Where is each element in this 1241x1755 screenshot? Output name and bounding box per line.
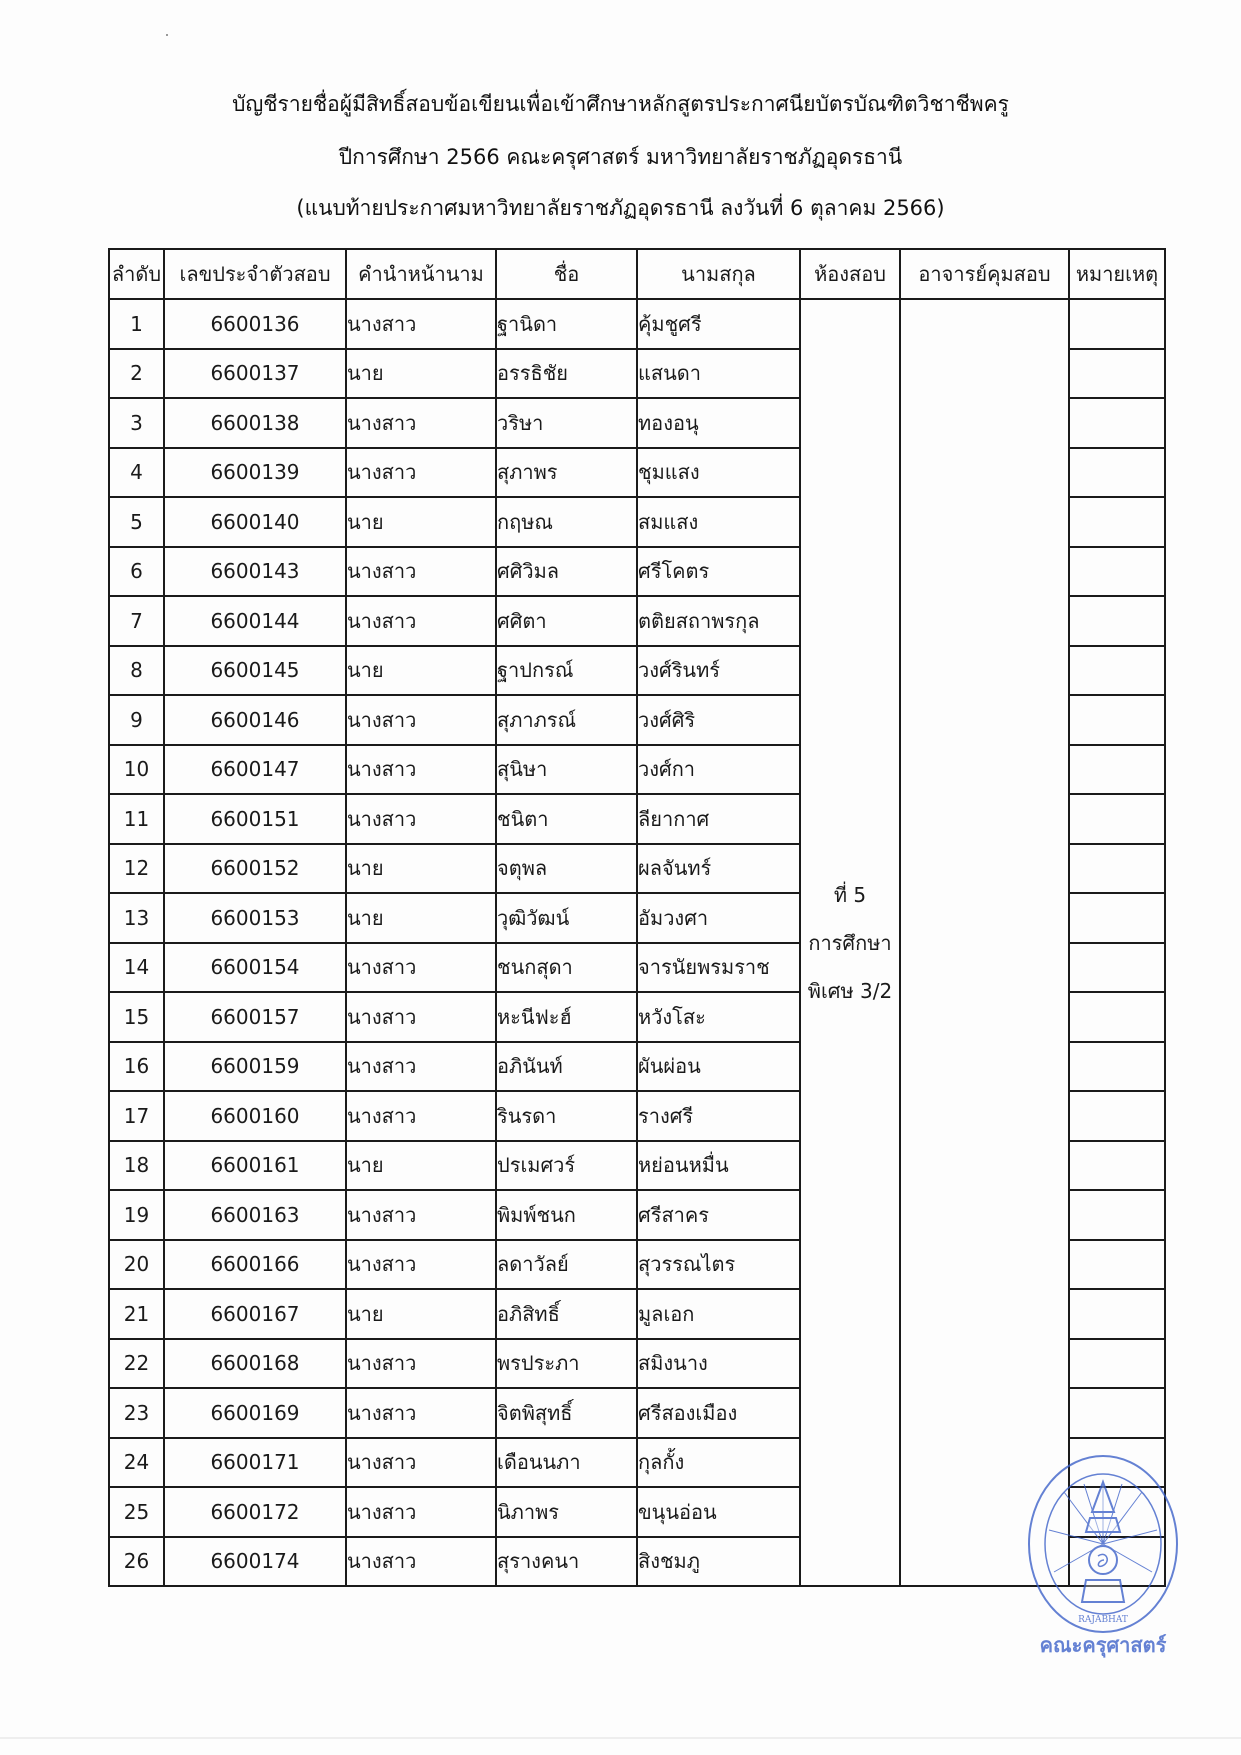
remark-box [1070, 747, 1162, 792]
cell-exam-id: 6600160 [164, 1091, 346, 1141]
cell-no: 3 [109, 398, 164, 448]
cell-no: 2 [109, 349, 164, 399]
cell-exam-id: 6600163 [164, 1190, 346, 1240]
cell-proctor [900, 299, 1069, 1586]
cell-last-name: สมแสง [637, 497, 800, 547]
header-exam-id: เลขประจำตัวสอบ [164, 249, 346, 299]
cell-prefix: นางสาว [346, 1487, 496, 1537]
remark-box [1070, 796, 1162, 841]
cell-remark [1069, 1091, 1165, 1141]
cell-last-name: หย่อนหมื่น [637, 1141, 800, 1191]
cell-first-name: วริษา [496, 398, 637, 448]
cell-no: 17 [109, 1091, 164, 1141]
document-title: บัญชีรายชื่อผู้มีสิทธิ์สอบข้อเขียนเพื่อเ… [0, 88, 1241, 121]
remark-box [1070, 1242, 1162, 1287]
document-page: บัญชีรายชื่อผู้มีสิทธิ์สอบข้อเขียนเพื่อเ… [0, 0, 1241, 1755]
cell-first-name: สุรางคนา [496, 1537, 637, 1587]
cell-prefix: นางสาว [346, 1042, 496, 1092]
remark-box [1070, 549, 1162, 594]
remark-box [1070, 1192, 1162, 1237]
header-room: ห้องสอบ [800, 249, 900, 299]
cell-no: 16 [109, 1042, 164, 1092]
cell-last-name: สมิงนาง [637, 1339, 800, 1389]
cell-prefix: นางสาว [346, 448, 496, 498]
cell-exam-id: 6600161 [164, 1141, 346, 1191]
header-remark: หมายเหตุ [1069, 249, 1165, 299]
cell-no: 4 [109, 448, 164, 498]
cell-remark [1069, 1190, 1165, 1240]
cell-first-name: ชนกสุดา [496, 943, 637, 993]
cell-last-name: วงศ์ศิริ [637, 695, 800, 745]
cell-first-name: สุภาภรณ์ [496, 695, 637, 745]
remark-box [1070, 598, 1162, 643]
cell-exam-id: 6600138 [164, 398, 346, 448]
cell-remark [1069, 1042, 1165, 1092]
cell-prefix: นาย [346, 646, 496, 696]
cell-exam-id: 6600143 [164, 547, 346, 597]
cell-exam-id: 6600153 [164, 893, 346, 943]
svg-text:คณะครุศาสตร์: คณะครุศาสตร์ [1040, 1633, 1167, 1658]
cell-prefix: นางสาว [346, 1388, 496, 1438]
exam-room-line2: การศึกษา [801, 919, 899, 967]
cell-last-name: จารนัยพรมราช [637, 943, 800, 993]
cell-remark [1069, 1339, 1165, 1389]
header-last-name: นามสกุล [637, 249, 800, 299]
remark-box [1070, 697, 1162, 742]
cell-first-name: หะนีฟะฮ์ [496, 992, 637, 1042]
cell-last-name: อัมวงศา [637, 893, 800, 943]
cell-exam-id: 6600171 [164, 1438, 346, 1488]
cell-remark [1069, 1240, 1165, 1290]
cell-prefix: นางสาว [346, 745, 496, 795]
remark-box [1070, 1489, 1162, 1534]
cell-first-name: ฐาปกรณ์ [496, 646, 637, 696]
cell-first-name: อรรธิชัย [496, 349, 637, 399]
cell-first-name: จตุพล [496, 844, 637, 894]
header-first-name: ชื่อ [496, 249, 637, 299]
cell-exam-id: 6600147 [164, 745, 346, 795]
cell-last-name: ชุมแสง [637, 448, 800, 498]
cell-remark [1069, 745, 1165, 795]
cell-exam-id: 6600168 [164, 1339, 346, 1389]
remark-box [1070, 301, 1162, 346]
cell-prefix: นางสาว [346, 299, 496, 349]
cell-exam-id: 6600146 [164, 695, 346, 745]
cell-exam-id: 6600166 [164, 1240, 346, 1290]
cell-exam-id: 6600145 [164, 646, 346, 696]
cell-prefix: นาย [346, 1141, 496, 1191]
table-row: 16600136นางสาวฐานิดาคุ้มชูศรีที่ 5การศึก… [109, 299, 1165, 349]
cell-exam-id: 6600136 [164, 299, 346, 349]
cell-last-name: ขนุนอ่อน [637, 1487, 800, 1537]
cell-no: 9 [109, 695, 164, 745]
cell-no: 19 [109, 1190, 164, 1240]
cell-first-name: ชนิตา [496, 794, 637, 844]
cell-first-name: ศศิวิมล [496, 547, 637, 597]
cell-no: 8 [109, 646, 164, 696]
document-subtitle: ปีการศึกษา 2566 คณะครุศาสตร์ มหาวิทยาลัย… [0, 141, 1241, 174]
remark-box [1070, 895, 1162, 940]
cell-prefix: นางสาว [346, 1240, 496, 1290]
cell-no: 20 [109, 1240, 164, 1290]
cell-prefix: นางสาว [346, 1339, 496, 1389]
table-body: 16600136นางสาวฐานิดาคุ้มชูศรีที่ 5การศึก… [109, 299, 1165, 1586]
cell-last-name: ศรีสองเมือง [637, 1388, 800, 1438]
cell-prefix: นาย [346, 497, 496, 547]
cell-remark [1069, 398, 1165, 448]
cell-no: 22 [109, 1339, 164, 1389]
cell-no: 5 [109, 497, 164, 547]
cell-exam-id: 6600157 [164, 992, 346, 1042]
cell-no: 15 [109, 992, 164, 1042]
cell-last-name: สิงชมภู [637, 1537, 800, 1587]
cell-first-name: สุภาพร [496, 448, 637, 498]
cell-remark [1069, 1438, 1165, 1488]
cell-prefix: นาย [346, 349, 496, 399]
cell-remark [1069, 794, 1165, 844]
cell-no: 14 [109, 943, 164, 993]
cell-prefix: นางสาว [346, 794, 496, 844]
cell-no: 26 [109, 1537, 164, 1587]
cell-last-name: กุลกั้ง [637, 1438, 800, 1488]
cell-no: 11 [109, 794, 164, 844]
cell-exam-id: 6600172 [164, 1487, 346, 1537]
cell-no: 25 [109, 1487, 164, 1537]
cell-first-name: พิมพ์ชนก [496, 1190, 637, 1240]
page-bottom-edge [0, 1737, 1241, 1739]
cell-remark [1069, 547, 1165, 597]
cell-remark [1069, 943, 1165, 993]
cell-remark [1069, 893, 1165, 943]
cell-prefix: นางสาว [346, 398, 496, 448]
cell-first-name: พรประภา [496, 1339, 637, 1389]
cell-no: 6 [109, 547, 164, 597]
cell-exam-room: ที่ 5การศึกษาพิเศษ 3/2 [800, 299, 900, 1586]
cell-first-name: สุนิษา [496, 745, 637, 795]
header-prefix: คำนำหน้านาม [346, 249, 496, 299]
cell-no: 10 [109, 745, 164, 795]
cell-last-name: ตติยสถาพรกุล [637, 596, 800, 646]
cell-first-name: รินรดา [496, 1091, 637, 1141]
remark-box [1070, 1341, 1162, 1386]
cell-prefix: นางสาว [346, 992, 496, 1042]
cell-remark [1069, 646, 1165, 696]
cell-exam-id: 6600152 [164, 844, 346, 894]
cell-exam-id: 6600169 [164, 1388, 346, 1438]
cell-first-name: จิตพิสุทธิ์ [496, 1388, 637, 1438]
cell-exam-id: 6600144 [164, 596, 346, 646]
cell-last-name: วงศ์รินทร์ [637, 646, 800, 696]
cell-prefix: นาย [346, 893, 496, 943]
cell-first-name: ลดาวัลย์ [496, 1240, 637, 1290]
cell-prefix: นางสาว [346, 1537, 496, 1587]
cell-last-name: ทองอนุ [637, 398, 800, 448]
header-no: ลำดับ [109, 249, 164, 299]
svg-text:RAJABHAT: RAJABHAT [1078, 1615, 1128, 1625]
cell-prefix: นาย [346, 844, 496, 894]
cell-last-name: ลียากาศ [637, 794, 800, 844]
header-proctor: อาจารย์คุมสอบ [900, 249, 1069, 299]
cell-first-name: กฤษณ [496, 497, 637, 547]
remark-box [1070, 450, 1162, 495]
remark-box [1070, 1390, 1162, 1435]
cell-prefix: นางสาว [346, 596, 496, 646]
cell-exam-id: 6600137 [164, 349, 346, 399]
remark-box [1070, 1440, 1162, 1485]
cell-no: 12 [109, 844, 164, 894]
table-header-row: ลำดับ เลขประจำตัวสอบ คำนำหน้านาม ชื่อ นา… [109, 249, 1165, 299]
remark-box [1070, 400, 1162, 445]
cell-remark [1069, 1487, 1165, 1537]
cell-remark [1069, 448, 1165, 498]
cell-prefix: นางสาว [346, 547, 496, 597]
cell-first-name: ฐานิดา [496, 299, 637, 349]
cell-remark [1069, 349, 1165, 399]
cell-no: 18 [109, 1141, 164, 1191]
cell-exam-id: 6600167 [164, 1289, 346, 1339]
cell-no: 21 [109, 1289, 164, 1339]
cell-last-name: สุวรรณไตร [637, 1240, 800, 1290]
cell-no: 24 [109, 1438, 164, 1488]
cell-last-name: หวังโสะ [637, 992, 800, 1042]
document-annex-note: (แนบท้ายประกาศมหาวิทยาลัยราชภัฏอุดรธานี … [0, 192, 1241, 225]
cell-no: 7 [109, 596, 164, 646]
cell-exam-id: 6600174 [164, 1537, 346, 1587]
cell-first-name: ศศิตา [496, 596, 637, 646]
cell-no: 13 [109, 893, 164, 943]
cell-last-name: วงศ์กา [637, 745, 800, 795]
cell-remark [1069, 1141, 1165, 1191]
cell-first-name: วุฒิวัฒน์ [496, 893, 637, 943]
remark-box [1070, 1044, 1162, 1089]
remark-box [1070, 648, 1162, 693]
cell-last-name: ผลจันทร์ [637, 844, 800, 894]
cell-prefix: นางสาว [346, 1438, 496, 1488]
remark-box [1070, 1143, 1162, 1188]
cell-last-name: ศรีโคตร [637, 547, 800, 597]
cell-remark [1069, 596, 1165, 646]
cell-first-name: อภิสิทธิ์ [496, 1289, 637, 1339]
cell-last-name: ผันผ่อน [637, 1042, 800, 1092]
remark-box [1070, 846, 1162, 891]
cell-remark [1069, 695, 1165, 745]
cell-first-name: เดือนนภา [496, 1438, 637, 1488]
cell-last-name: มูลเอก [637, 1289, 800, 1339]
cell-remark [1069, 1537, 1165, 1587]
cell-no: 23 [109, 1388, 164, 1438]
cell-prefix: นางสาว [346, 943, 496, 993]
cell-prefix: นาย [346, 1289, 496, 1339]
cell-first-name: นิภาพร [496, 1487, 637, 1537]
remark-box [1070, 1291, 1162, 1336]
remark-box [1070, 1093, 1162, 1138]
cell-prefix: นางสาว [346, 695, 496, 745]
cell-first-name: อภินันท์ [496, 1042, 637, 1092]
cell-last-name: ศรีสาคร [637, 1190, 800, 1240]
remark-box [1070, 499, 1162, 544]
remark-box [1070, 351, 1162, 396]
cell-exam-id: 6600151 [164, 794, 346, 844]
exam-room-line1: ที่ 5 [801, 871, 899, 919]
cell-exam-id: 6600159 [164, 1042, 346, 1092]
cell-remark [1069, 1289, 1165, 1339]
cell-remark [1069, 992, 1165, 1042]
cell-prefix: นางสาว [346, 1091, 496, 1141]
remark-box [1070, 1539, 1162, 1584]
cell-last-name: คุ้มชูศรี [637, 299, 800, 349]
cell-remark [1069, 299, 1165, 349]
cell-last-name: แสนดา [637, 349, 800, 399]
cell-prefix: นางสาว [346, 1190, 496, 1240]
cell-first-name: ปรเมศวร์ [496, 1141, 637, 1191]
cell-remark [1069, 497, 1165, 547]
exam-roster-table: ลำดับ เลขประจำตัวสอบ คำนำหน้านาม ชื่อ นา… [108, 248, 1166, 1587]
cell-remark [1069, 844, 1165, 894]
scan-speck [166, 34, 168, 36]
cell-remark [1069, 1388, 1165, 1438]
remark-box [1070, 945, 1162, 990]
cell-last-name: รางศรี [637, 1091, 800, 1141]
cell-no: 1 [109, 299, 164, 349]
cell-exam-id: 6600154 [164, 943, 346, 993]
exam-room-line3: พิเศษ 3/2 [801, 967, 899, 1015]
remark-box [1070, 994, 1162, 1039]
cell-exam-id: 6600139 [164, 448, 346, 498]
cell-exam-id: 6600140 [164, 497, 346, 547]
